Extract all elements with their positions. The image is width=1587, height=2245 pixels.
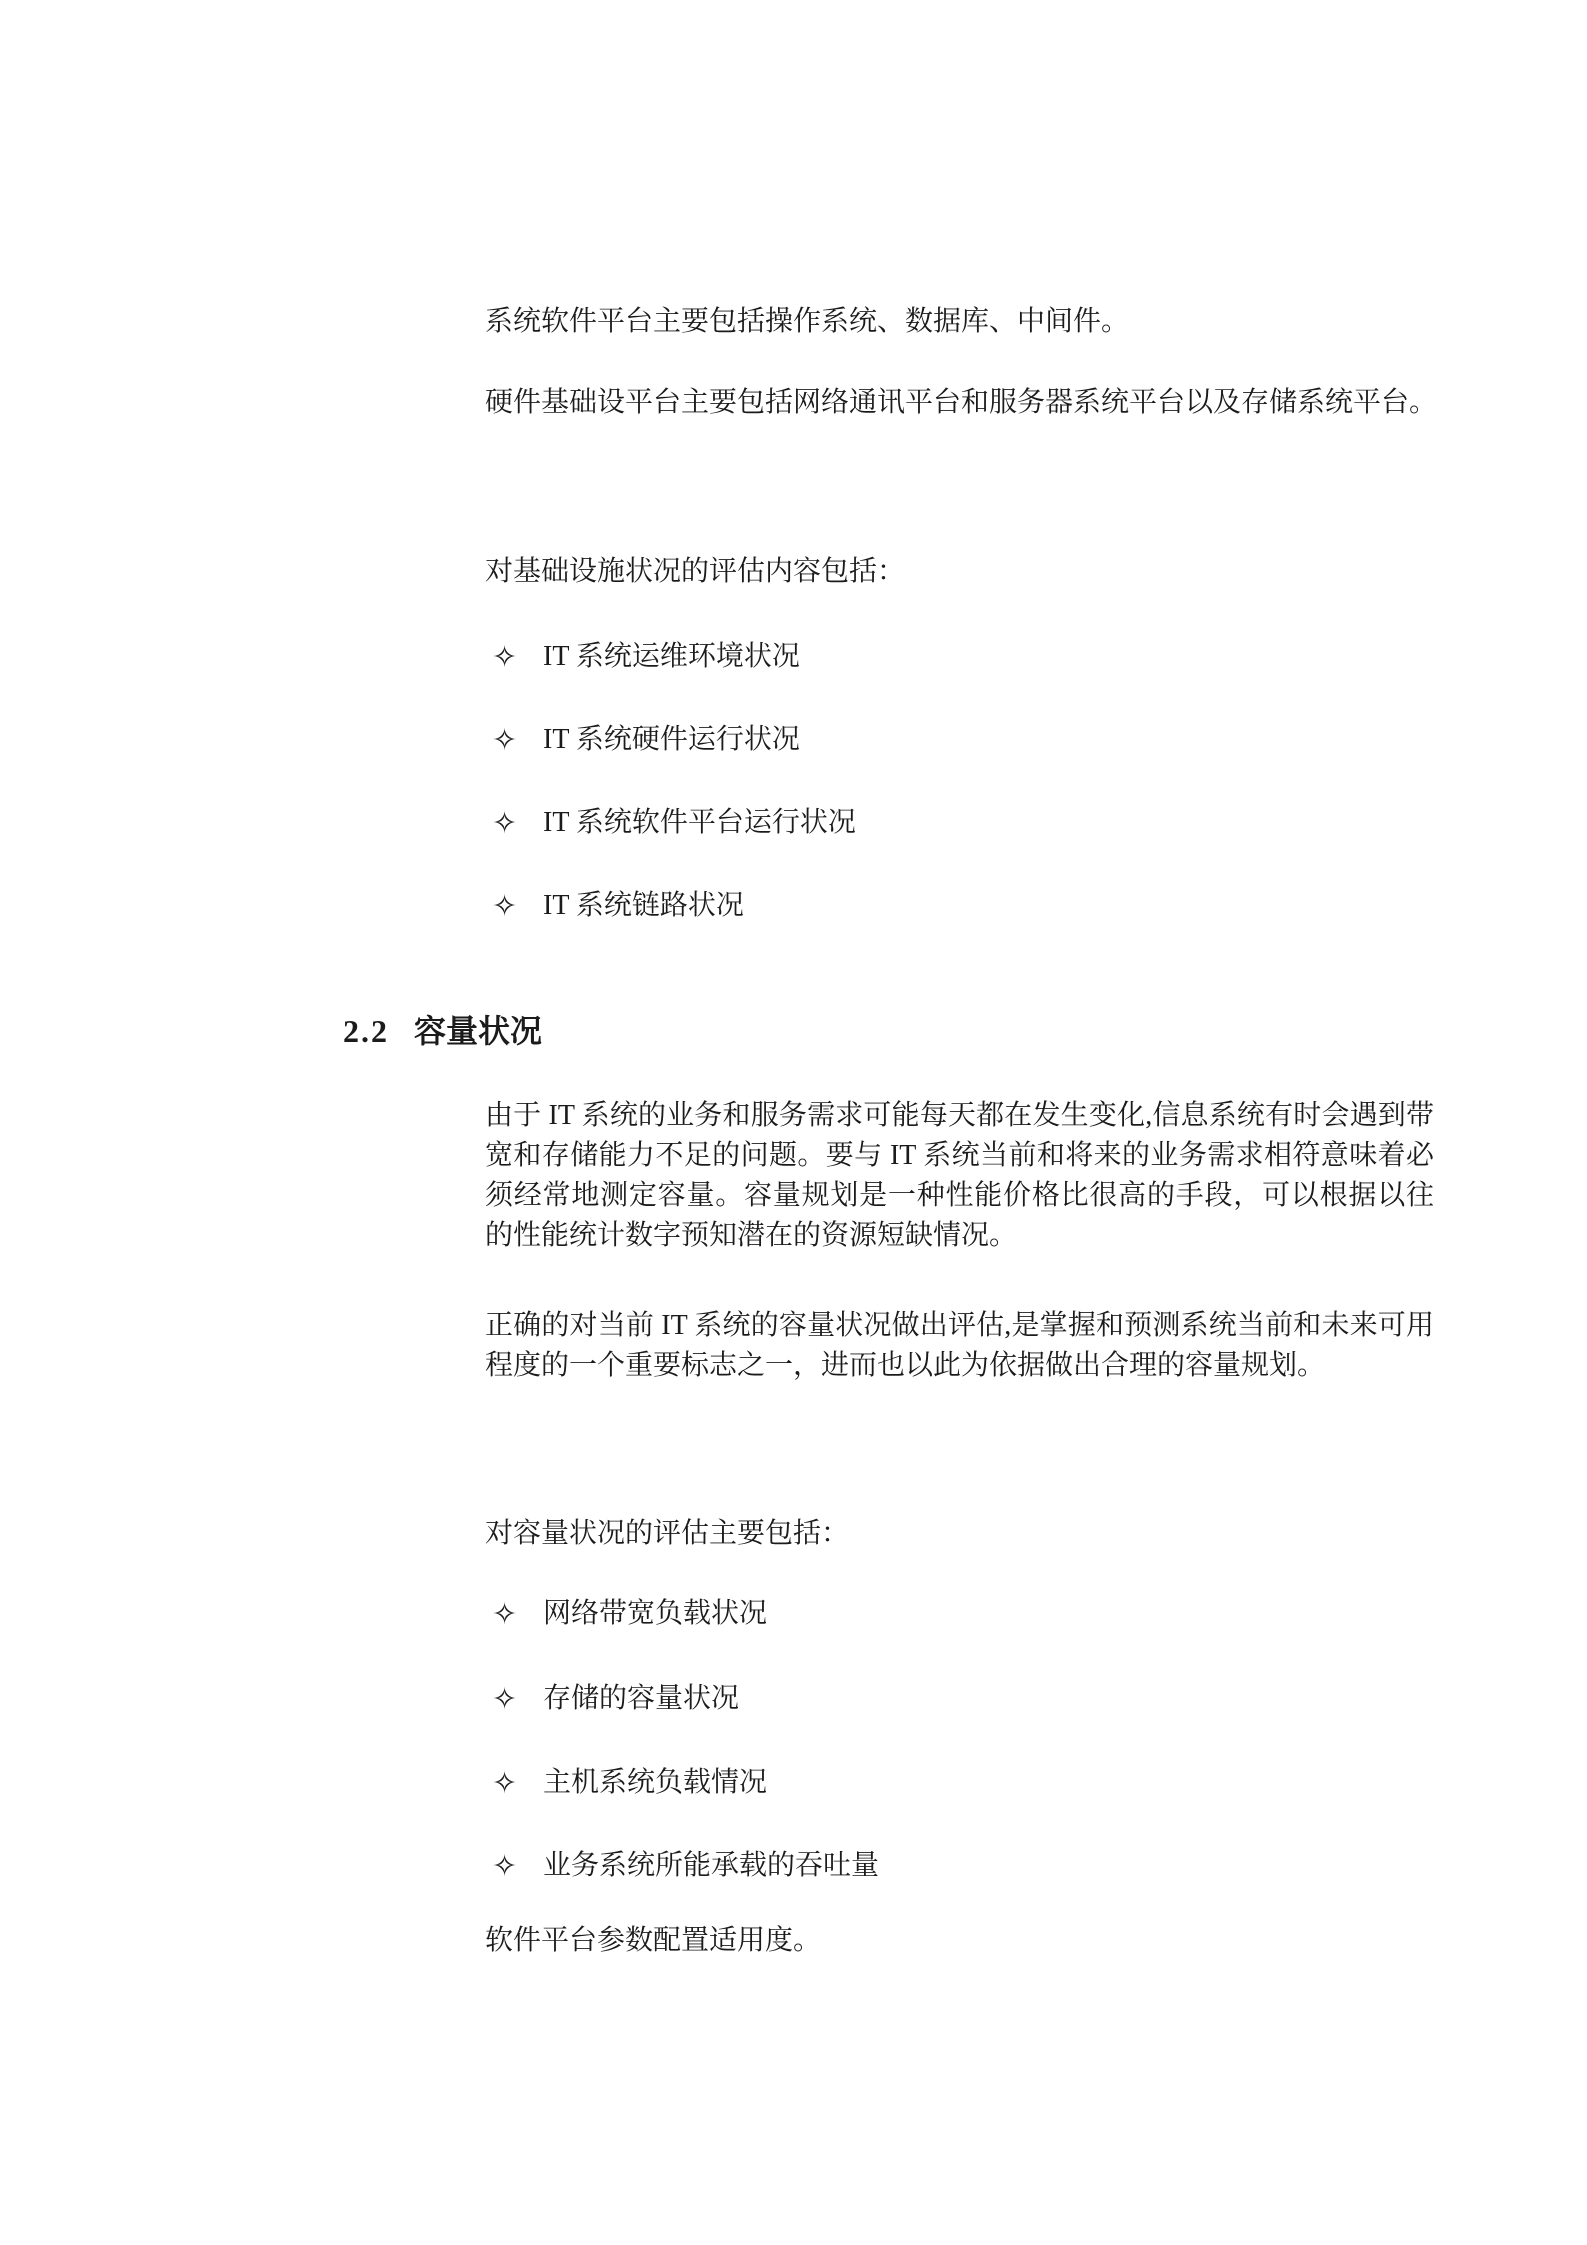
list-item-label: IT 系统硬件运行状况: [543, 724, 800, 755]
infrastructure-lead: 对基础设施状况的评估内容包括：: [485, 552, 1434, 592]
diamond-bullet-icon: ✧: [492, 1764, 517, 1804]
list-item-label: IT 系统运维环境状况: [543, 641, 800, 672]
section-number: 2.2: [343, 1011, 389, 1051]
list-item-label: 存储的容量状况: [543, 1683, 739, 1714]
diamond-bullet-icon: ✧: [492, 721, 517, 761]
diamond-bullet-icon: ✧: [492, 804, 517, 844]
list-item-label: 主机系统负载情况: [543, 1767, 767, 1798]
intro-paragraph-1: 系统软件平台主要包括操作系统、数据库、中间件。: [485, 302, 1434, 342]
section-paragraph-2: 正确的对当前 IT 系统的容量状况做出评估,是掌握和预测系统当前和未来可用程度的…: [485, 1306, 1434, 1386]
list-item-label: IT 系统软件平台运行状况: [543, 807, 856, 838]
list-item-label: 业务系统所能承载的吞吐量: [543, 1850, 879, 1881]
list-item: ✧ 主机系统负载情况: [492, 1763, 1434, 1803]
list-item: ✧ IT 系统运维环境状况: [492, 637, 1434, 677]
section-paragraph-1: 由于 IT 系统的业务和服务需求可能每天都在发生变化,信息系统有时会遇到带宽和存…: [485, 1096, 1434, 1256]
list-item: ✧ 业务系统所能承载的吞吐量: [492, 1846, 1434, 1886]
list-item: ✧ IT 系统硬件运行状况: [492, 720, 1434, 760]
document-content: 系统软件平台主要包括操作系统、数据库、中间件。 硬件基础设平台主要包括网络通讯平…: [343, 302, 1434, 1961]
list-item-label: 网络带宽负载状况: [543, 1598, 767, 1629]
diamond-bullet-icon: ✧: [492, 887, 517, 927]
diamond-bullet-icon: ✧: [492, 1595, 517, 1635]
list-item: ✧ IT 系统链路状况: [492, 886, 1434, 926]
document-page: 系统软件平台主要包括操作系统、数据库、中间件。 硬件基础设平台主要包括网络通讯平…: [0, 0, 1587, 2245]
diamond-bullet-icon: ✧: [492, 1680, 517, 1720]
section-heading: 2.2容量状况: [343, 1011, 1434, 1051]
section-title: 容量状况: [414, 1013, 542, 1049]
list-item: ✧ 网络带宽负载状况: [492, 1594, 1434, 1634]
intro-paragraph-2: 硬件基础设平台主要包括网络通讯平台和服务器系统平台以及存储系统平台。: [485, 383, 1434, 423]
diamond-bullet-icon: ✧: [492, 1847, 517, 1887]
capacity-closing: 软件平台参数配置适用度。: [485, 1921, 1434, 1961]
list-item: ✧ IT 系统软件平台运行状况: [492, 803, 1434, 843]
list-item-label: IT 系统链路状况: [543, 890, 744, 921]
diamond-bullet-icon: ✧: [492, 638, 517, 678]
list-item: ✧ 存储的容量状况: [492, 1679, 1434, 1719]
capacity-lead: 对容量状况的评估主要包括：: [485, 1514, 1434, 1554]
